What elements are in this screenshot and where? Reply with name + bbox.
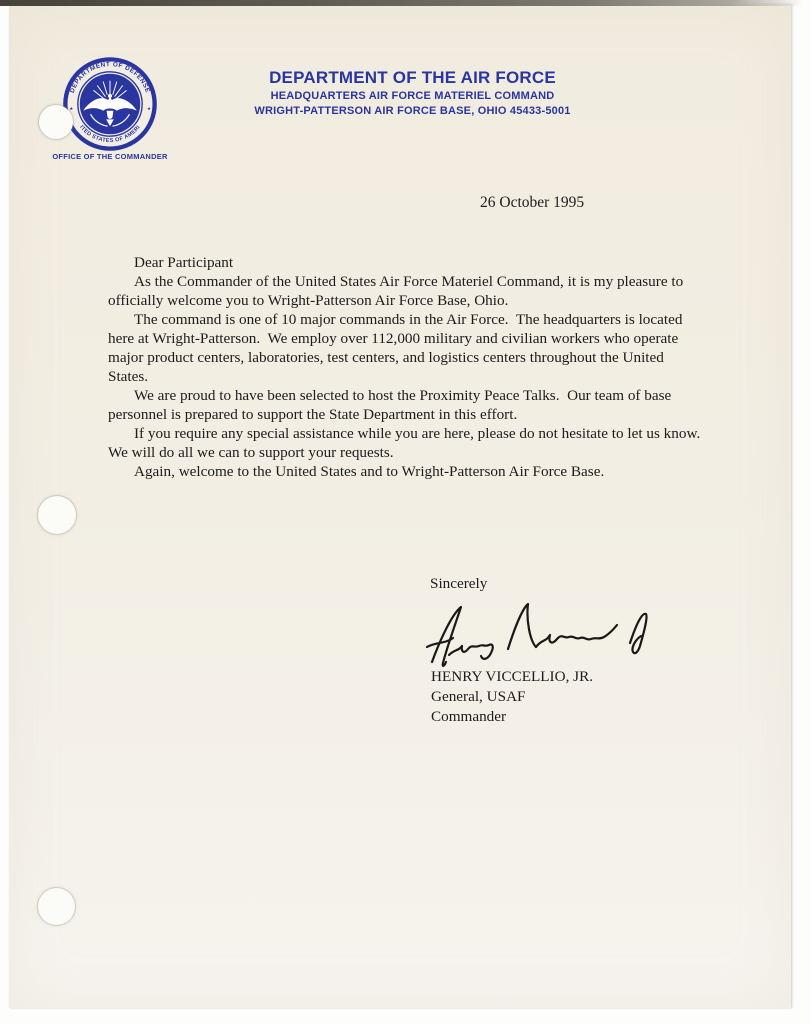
paragraph: The command is one of 10 major commands …	[108, 310, 706, 386]
signature	[418, 596, 663, 684]
scanned-letter: DEPARTMENT OF DEFENSE UNITED STATES OF A…	[0, 0, 811, 1024]
paragraph: If you require any special assistance wh…	[108, 424, 706, 462]
dod-seal-icon: DEPARTMENT OF DEFENSE UNITED STATES OF A…	[62, 56, 158, 152]
punch-hole	[38, 496, 76, 534]
paragraph: We are proud to have been selected to ho…	[108, 386, 706, 424]
scanner-edge-shadow	[0, 0, 811, 6]
letter-body: Dear Participant As the Commander of the…	[108, 253, 706, 481]
punch-hole	[39, 105, 73, 139]
paragraph: As the Commander of the United States Ai…	[108, 272, 706, 310]
salutation: Dear Participant	[108, 253, 706, 272]
punch-hole	[38, 888, 75, 925]
seal-caption: OFFICE OF THE COMMANDER	[40, 152, 180, 161]
letter-date: 26 October 1995	[480, 194, 584, 212]
paragraph: Again, welcome to the United States and …	[108, 462, 706, 481]
seal-star-icon: ★	[147, 106, 151, 111]
signer-title: Commander	[431, 707, 593, 727]
signer-rank: General, USAF	[431, 687, 593, 707]
seal-star-icon: ★	[69, 106, 73, 111]
closing: Sincerely	[430, 575, 487, 593]
